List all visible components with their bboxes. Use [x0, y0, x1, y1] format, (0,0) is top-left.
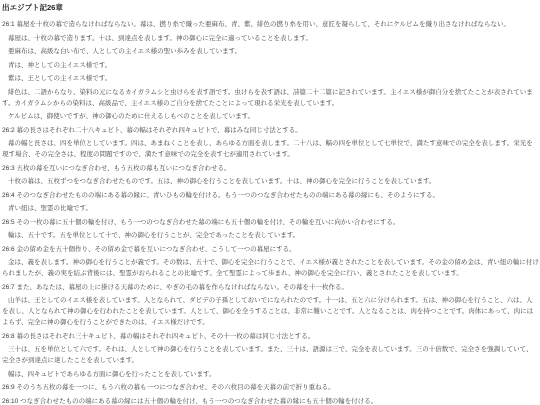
commentary-line: 十枚の幕は、五枚ずつをつなぎ合わせたものです。五は、神の御心を行うことを表してい…	[2, 176, 539, 187]
document-page: 出エジプト記26章 26:1 幕屋を十枚の幕で造らなければならない。幕は、撚り糸…	[0, 0, 540, 405]
commentary-line: 亜麻布は、高級な白い布で、人としての主イエス様の聖い歩みを表しています。	[2, 46, 539, 57]
verse-line-26-8: 26:8 幕の長さはそれぞれ三十キュビト、幕の幅はそれぞれ四キュビト、その十一枚…	[2, 331, 539, 342]
verse-line-26-3: 26:3 五枚の幕を互いにつなぎ合わせ、もう五枚の幕も互いにつなぎ合わせる。	[2, 163, 539, 174]
verse-line-26-10: 26:10 つなぎ合わせたものの端にある幕の縁には五十個の輪を付け、もう一つのつ…	[2, 396, 539, 405]
commentary-line: 青は、神としての主イエス様です。	[2, 60, 539, 71]
commentary-line: 紫は、王としての主イエス様です。	[2, 73, 539, 84]
commentary-line: ケルビムは、御使いですが、神の御心のために仕えるしもべのことを表しています。	[2, 111, 539, 122]
commentary-line: 青い紐は、聖霊の比喩です。	[2, 203, 539, 214]
commentary-line: 三十は、五を単位として六です。それは、人として神の御心を行うことを表しています。…	[2, 344, 539, 366]
verse-line-26-6: 26:6 金の留め金を五十個作り、その留め金で幕を互いにつなぎ合わせ、こうして一…	[2, 244, 539, 255]
commentary-line: 金は、義を表します。神の御心を行うことが義です。その数は、五十で、御心を完全に行…	[2, 257, 539, 279]
verse-line-26-5: 26:5 その一枚の幕に五十個の輪を付け、もう一つのつなぎ合わせた幕の端にも五十…	[2, 217, 539, 228]
commentary-line: 山羊は、王としてのイエス様を表しています。人となられて、ダビデの子孫としておいで…	[2, 295, 539, 328]
verse-line-26-4: 26:4 そのつなぎ合わせたものの端にある幕の縁に、青いひもの輪を付ける。もう一…	[2, 190, 539, 201]
commentary-line: 輪は、五十です。五を単位として十で、神の御心を行うことが、完全であったことを表し…	[2, 230, 539, 241]
commentary-line: 緋色は、二語からなり、染料の元になるカイガラムシと虫けらを表す語です。虫けらを表…	[2, 87, 539, 109]
commentary-line: 幕屋は、十枚の幕で造ります。十は、到達点を表します。神の御心に完全に適っているこ…	[2, 33, 539, 44]
document-title: 出エジプト記26章	[2, 3, 539, 12]
commentary-line: 幕の幅と長さは、四を単位としています。四は、あまねくことを表し、あらゆる方面を表…	[2, 138, 539, 160]
commentary-line: 幅は、四キュビトであらゆる方面に御心を行ったことを表しています。	[2, 369, 539, 380]
verse-line-26-1: 26:1 幕屋を十枚の幕で造らなければならない。幕は、撚り糸で織った亜麻布、青、…	[2, 19, 539, 30]
verse-line-26-7: 26:7 また、あなたは、幕屋の上に掛ける天幕のために、やぎの毛の幕を作らなけれ…	[2, 282, 539, 293]
verse-line-26-9: 26:9 そのうち五枚の幕を一つに、もう六枚の幕も一つにつなぎ合わせ、その六枚目…	[2, 382, 539, 393]
verse-line-26-2: 26:2 幕の長さはそれぞれ二十八キュビト、幕の幅はそれぞれ四キュビトで、幕はみ…	[2, 125, 539, 136]
